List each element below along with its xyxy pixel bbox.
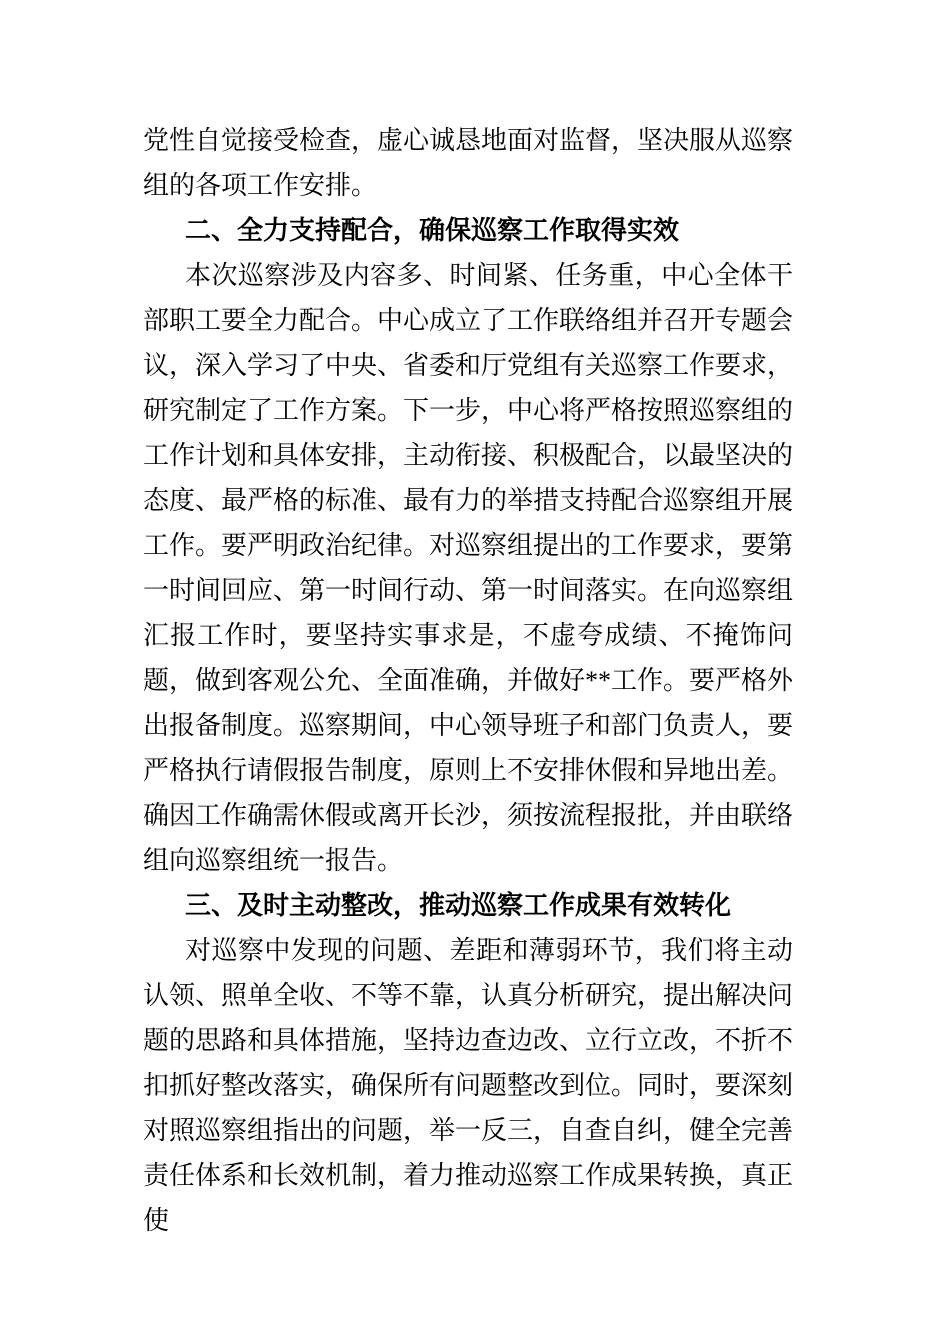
document-content: 党性自觉接受检查，虚心诚恳地面对监督，坚决服从巡察组的各项工作安排。 二、全力支… [143, 118, 793, 1243]
section-heading-2: 二、全力支持配合，确保巡察工作取得实效 [143, 208, 793, 253]
section-heading-3: 三、及时主动整改，推动巡察工作成果有效转化 [143, 883, 793, 928]
body-paragraph-section-2: 本次巡察涉及内容多、时间紧、任务重，中心全体干部职工要全力配合。中心成立了工作联… [143, 253, 793, 883]
paragraph-continuation: 党性自觉接受检查，虚心诚恳地面对监督，坚决服从巡察组的各项工作安排。 [143, 118, 793, 208]
body-paragraph-section-3: 对巡察中发现的问题、差距和薄弱环节，我们将主动认领、照单全收、不等不靠，认真分析… [143, 928, 793, 1243]
document-page: 党性自觉接受检查，虚心诚恳地面对监督，坚决服从巡察组的各项工作安排。 二、全力支… [0, 0, 950, 1344]
